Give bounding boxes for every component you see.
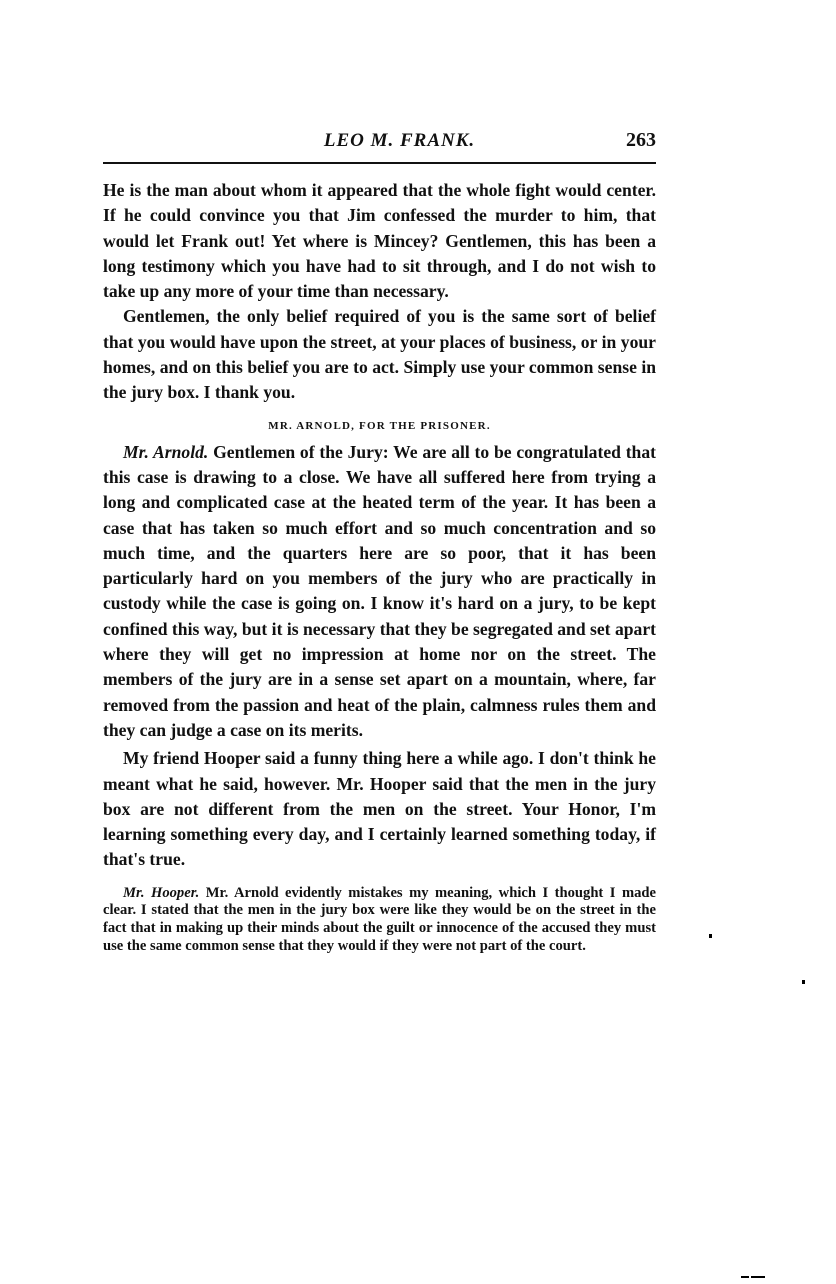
page-number: 263 [626, 129, 656, 152]
body-text: He is the man about whom it appeared tha… [103, 178, 656, 873]
section-heading: MR. ARNOLD, FOR THE PRISONER. [103, 420, 656, 432]
scan-speck [802, 980, 805, 984]
speaker-label: Mr. Arnold. [123, 442, 208, 462]
interjection-block: Mr. Hooper. Mr. Arnold evidently mistake… [103, 885, 656, 955]
arnold-opening-text: Gentlemen of the Jury: We are all to be … [103, 442, 656, 740]
running-head: LEO M. FRANK. 263 [103, 128, 656, 158]
scan-mark [751, 1276, 765, 1278]
scan-speck [709, 934, 712, 938]
paragraph-arnold-opening: Mr. Arnold. Gentlemen of the Jury: We ar… [103, 440, 656, 744]
paragraph-belief: Gentlemen, the only belief required of y… [103, 304, 656, 405]
running-title: LEO M. FRANK. [103, 130, 656, 152]
paragraph-hooper-remark: My friend Hooper said a funny thing here… [103, 746, 656, 872]
speaker-label: Mr. Hooper. [123, 885, 199, 901]
book-page: LEO M. FRANK. 263 He is the man about wh… [103, 128, 656, 955]
scan-mark [741, 1276, 749, 1278]
paragraph-closing-argument: He is the man about whom it appeared tha… [103, 178, 656, 304]
paragraph-hooper-interjection: Mr. Hooper. Mr. Arnold evidently mistake… [103, 885, 656, 955]
header-rule [103, 162, 656, 164]
